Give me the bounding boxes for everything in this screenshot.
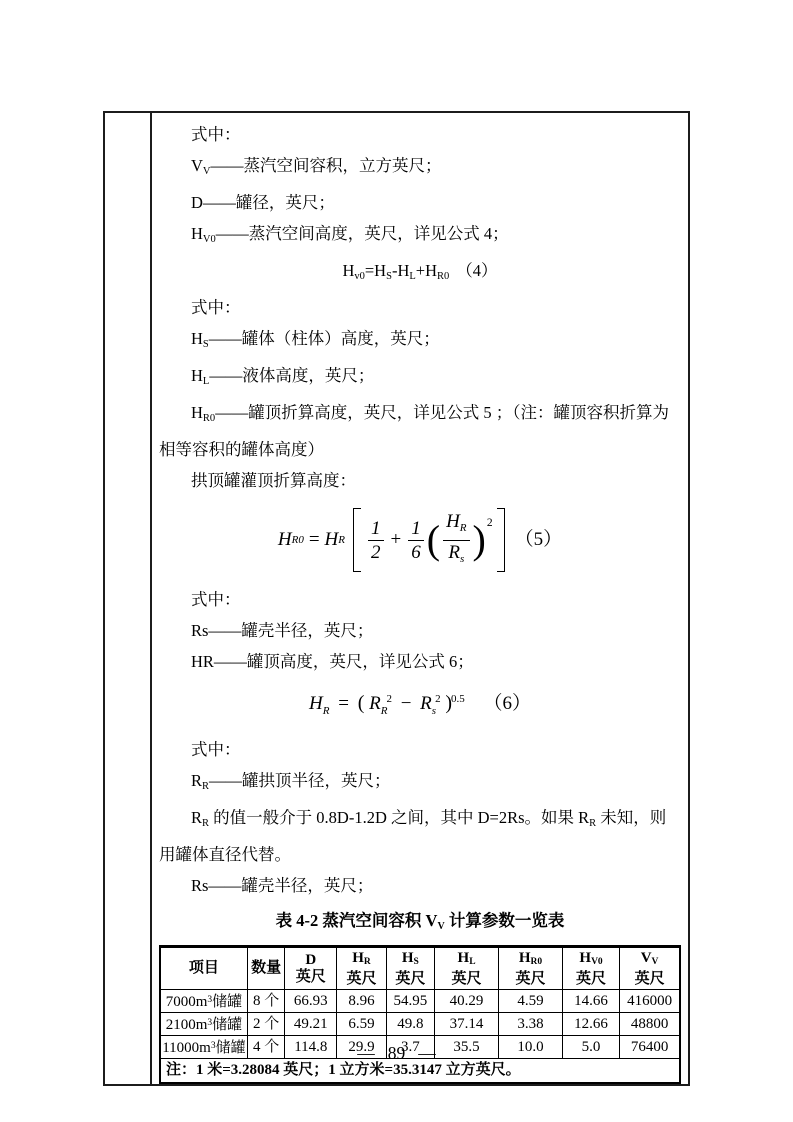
formula-5: HR0 = HR 1 2 + 1 6 ( HR Rs ) [159, 496, 681, 584]
column-header: HS英尺 [386, 947, 434, 990]
column-symbol: HL [436, 950, 497, 971]
exponent-2: 2 [487, 517, 493, 530]
table-row: 7000m3储罐8 个66.938.9654.9540.294.5914.664… [160, 990, 680, 1013]
f6-term-2-sub: s [432, 705, 436, 717]
column-header: 数量 [247, 947, 284, 990]
table-cell: 7000m3储罐 [160, 990, 247, 1013]
column-symbol: HV0 [564, 950, 618, 971]
page-number: 89 [388, 1043, 406, 1063]
footer-dash-left: — [357, 1043, 375, 1063]
column-header: 项目 [160, 947, 247, 990]
text-line: HL——液体高度，英尺； [159, 360, 681, 397]
formula-number-6: （6） [483, 693, 531, 714]
text-line: HV0——蒸汽空间高度，英尺，详见公式 4； [159, 218, 681, 255]
formula-6: HR = ( RR2 − Rs2 )0.5 （6） [159, 682, 681, 728]
table-cell: 40.29 [435, 990, 499, 1013]
exponent-05: 0.5 [451, 693, 465, 705]
table-cell: 48800 [620, 1013, 680, 1036]
table-cell: 12.66 [562, 1013, 619, 1036]
fraction-numerator: 1 [368, 518, 384, 541]
table-cell: 416000 [620, 990, 680, 1013]
column-header: HL英尺 [435, 947, 499, 990]
page-footer: —89— [0, 1043, 793, 1064]
f5-lhs: H [278, 530, 292, 551]
column-symbol: VV [621, 950, 678, 971]
fraction-numerator: HR [443, 511, 469, 541]
left-square-bracket [353, 508, 361, 572]
f6-term-1: R [369, 693, 381, 714]
formula-number-5: （5） [515, 530, 563, 551]
content-column: 式中：VV——蒸汽空间容积，立方英尺；D——罐径，英尺；HV0——蒸汽空间高度，… [152, 113, 688, 1084]
column-unit: 英尺 [338, 971, 384, 988]
column-symbol: HR [338, 950, 384, 971]
column-header: HR英尺 [337, 947, 386, 990]
body-text-group-3: 式中：RR——罐拱顶半径，英尺；RR 的值一般介于 0.8D-1.2D 之间，其… [159, 734, 681, 901]
text-line: RR——罐拱顶半径，英尺； [159, 765, 681, 802]
fraction-numerator: 1 [408, 518, 424, 541]
table-cell: 49.8 [386, 1013, 434, 1036]
table-title: 表 4-2 蒸汽空间容积 VV 计算参数一览表 [159, 905, 681, 942]
f5-coefficient-sub: R [338, 534, 345, 546]
text-line: HR0——罐顶折算高度，英尺，详见公式 5 ；（注：罐顶容积折算为相等容积的罐体… [159, 397, 681, 465]
equals-sign: = [338, 693, 349, 714]
f5-lhs-sub: R0 [292, 534, 304, 546]
table-cell: 2100m3储罐 [160, 1013, 247, 1036]
plus-sign: + [391, 530, 402, 551]
text-line: 拱顶罐灌顶折算高度： [159, 465, 681, 496]
column-symbol: D [286, 952, 335, 969]
text-line: VV——蒸汽空间容积，立方英尺； [159, 150, 681, 187]
right-square-bracket [497, 508, 505, 572]
table-header-row: 项目数量D英尺HR英尺HS英尺HL英尺HR0英尺HV0英尺VV英尺 [160, 947, 680, 990]
f6-term-2: R [420, 693, 432, 714]
fraction-one-half: 1 2 [368, 518, 384, 563]
table-cell: 14.66 [562, 990, 619, 1013]
open-paren: ( [358, 692, 365, 714]
table-cell: 66.93 [285, 990, 337, 1013]
table-cell: 54.95 [386, 990, 434, 1013]
column-header: VV英尺 [620, 947, 680, 990]
fraction-hr-over-rs: HR Rs [443, 511, 469, 570]
column-unit: 英尺 [564, 971, 618, 988]
table-cell: 4.59 [499, 990, 563, 1013]
table-row: 2100m3储罐2 个49.216.5949.837.143.3812.6648… [160, 1013, 680, 1036]
table-cell: 49.21 [285, 1013, 337, 1036]
table-cell: 8.96 [337, 990, 386, 1013]
table-cell: 6.59 [337, 1013, 386, 1036]
text-line: Rs——罐壳半径，英尺； [159, 870, 681, 901]
column-unit: 英尺 [500, 971, 561, 988]
table-cell: 37.14 [435, 1013, 499, 1036]
fraction-denominator: 2 [371, 541, 381, 563]
table-cell: 2 个 [247, 1013, 284, 1036]
column-unit: 英尺 [436, 971, 497, 988]
formula-inline: Hv0=HS-HL+HR0（4） [159, 255, 681, 292]
f5-coefficient: H [325, 530, 339, 551]
text-line: HR——罐顶高度，英尺，详见公式 6； [159, 646, 681, 677]
text-line: 式中： [159, 119, 681, 150]
text-line: 式中： [159, 584, 681, 615]
text-line: HS——罐体（柱体）高度，英尺； [159, 323, 681, 360]
f6-lhs-sub: R [323, 705, 330, 717]
table-cell: 8 个 [247, 990, 284, 1013]
content-frame: 式中：VV——蒸汽空间容积，立方英尺；D——罐径，英尺；HV0——蒸汽空间高度，… [103, 111, 690, 1086]
column-symbol: HS [388, 950, 433, 971]
equals-sign: = [309, 530, 320, 551]
column-unit: 英尺 [388, 971, 433, 988]
column-header: D英尺 [285, 947, 337, 990]
fraction-denominator: Rs [448, 541, 464, 570]
column-symbol: HR0 [500, 950, 561, 971]
f6-term-1-sup: 2 [386, 693, 392, 705]
f6-term-1-sub: R [381, 705, 388, 717]
text-line: D——罐径，英尺； [159, 187, 681, 218]
column-symbol: 项目 [162, 960, 246, 977]
column-symbol: 数量 [249, 960, 283, 977]
footer-dash-right: — [418, 1043, 436, 1063]
f5-bracketed-expression: 1 2 + 1 6 ( HR Rs ) 2 [345, 508, 505, 572]
text-line: 式中： [159, 734, 681, 765]
table-cell: 3.38 [499, 1013, 563, 1036]
table-body: 7000m3储罐8 个66.938.9654.9540.294.5914.664… [160, 990, 680, 1084]
column-header: HV0英尺 [562, 947, 619, 990]
fraction-denominator: 6 [411, 541, 421, 563]
minus-sign: − [401, 693, 412, 714]
column-unit: 英尺 [286, 969, 335, 986]
fraction-one-sixth: 1 6 [408, 518, 424, 563]
f6-lhs: H [309, 693, 323, 714]
text-line: Rs——罐壳半径，英尺； [159, 615, 681, 646]
column-unit: 英尺 [621, 971, 678, 988]
body-text-group-2: 式中：Rs——罐壳半径，英尺；HR——罐顶高度，英尺，详见公式 6； [159, 584, 681, 677]
text-line: 式中： [159, 292, 681, 323]
table-header: 项目数量D英尺HR英尺HS英尺HL英尺HR0英尺HV0英尺VV英尺 [160, 947, 680, 990]
column-header: HR0英尺 [499, 947, 563, 990]
left-margin-column [105, 113, 152, 1084]
body-text-group-1: 式中：VV——蒸汽空间容积，立方英尺；D——罐径，英尺；HV0——蒸汽空间高度，… [159, 119, 681, 496]
f6-term-2-sup: 2 [435, 693, 441, 705]
text-line: RR 的值一般介于 0.8D-1.2D 之间，其中 D=2Rs。如果 RR 未知… [159, 802, 681, 870]
